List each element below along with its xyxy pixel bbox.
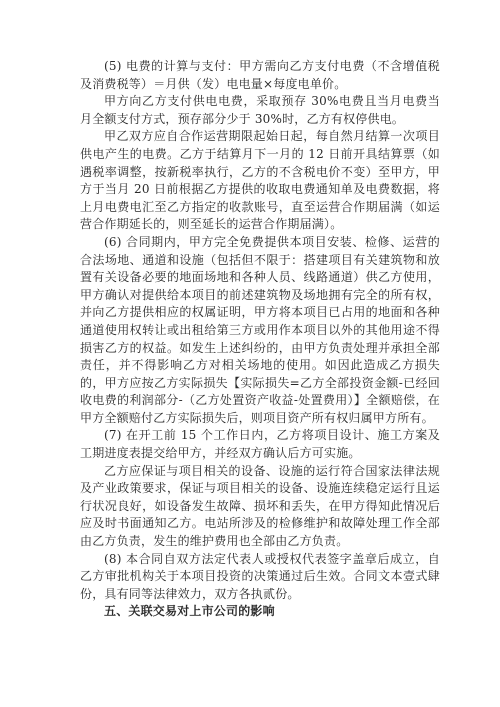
paragraph-contract-effect: (8) 本合同自双方法定代表人或授权代表签字盖章后成立，自乙方审批机构关于本项目… (80, 551, 440, 604)
section-heading: 五、关联交易对上市公司的影响 (80, 603, 440, 621)
document-page: (5) 电费的计算与支付：甲方需向乙方支付电费（不含增值税及消费税等）＝月供（发… (80, 58, 440, 621)
paragraph-construction-plan: (7) 在开工前 15 个工作日内，乙方将项目设计、施工方案及工期进度表提交给甲… (80, 427, 440, 462)
paragraph-electricity-fee-calculation: (5) 电费的计算与支付：甲方需向乙方支付电费（不含增值税及消费税等）＝月供（发… (80, 58, 440, 93)
paragraph-monthly-settlement: 甲乙双方应自合作运营期限起始日起，每自然月结算一次项目供电产生的电费。乙方于结算… (80, 128, 440, 234)
paragraph-site-provision: (6) 合同期内，甲方完全免费提供本项目安装、检修、运营的合法场地、通道和设施（… (80, 234, 440, 428)
paragraph-prepayment: 甲方向乙方支付供电电费，采取预存 30%电费且当月电费当月全额支付方式，预存部分… (80, 93, 440, 128)
paragraph-equipment-maintenance: 乙方应保证与项目相关的设备、设施的运行符合国家法律法规及产业政策要求，保证与项目… (80, 463, 440, 551)
